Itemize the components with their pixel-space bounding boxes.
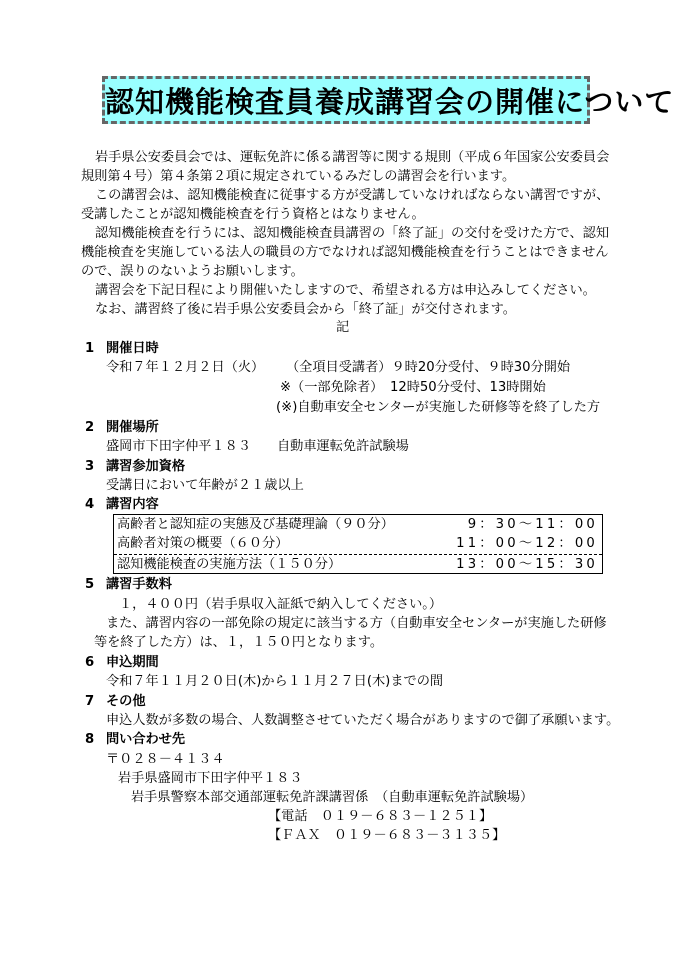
fee-note: また、講習内容の一部免除の規定に該当する方（自動車安全センターが実施した研修 bbox=[106, 615, 607, 633]
eligibility-text: 受講日において年齢が２１歳以上 bbox=[106, 477, 304, 495]
venue-name: 自動車運転免許試験場 bbox=[277, 438, 409, 456]
schedule-row: 高齢者と認知症の実態及び基礎理論（９０分） 9：30～11：00 bbox=[114, 515, 602, 534]
other-text: 申込人数が多数の場合、人数調整させていただく場合がありますので御了承願います。 bbox=[106, 712, 619, 730]
intro-line: 認知機能検査を行うには、認知機能検査員講習の「終了証」の交付を受けた方で、認知 bbox=[95, 225, 609, 243]
event-date: 令和７年１２月２日（火） bbox=[106, 359, 264, 377]
course-name: 高齢者と認知症の実態及び基礎理論（９０分） bbox=[117, 515, 394, 534]
section-number: 5 bbox=[85, 576, 94, 594]
section-heading-fee: 講習手数料 bbox=[106, 576, 172, 594]
intro-line: なお、講習終了後に岩手県公安委員会から「終了証」が交付されます。 bbox=[95, 301, 516, 319]
section-heading-contact: 問い合わせ先 bbox=[106, 731, 185, 749]
section-heading-application: 申込期間 bbox=[106, 654, 159, 672]
intro-line: この講習会は、認知機能検査に従事する方が受講していなければならない講習ですが、 bbox=[95, 187, 609, 205]
section-number: 6 bbox=[85, 654, 94, 672]
section-number: 2 bbox=[85, 419, 94, 437]
intro-line: 講習会を下記日程により開催いたしますので、希望される方は申込みしてください。 bbox=[95, 282, 596, 300]
exempt-note: (※)自動車安全センターが実施した研修等を終了した方 bbox=[276, 399, 600, 417]
contact-department: 岩手県警察本部交通部運転免許課講習係 （自動車運転免許試験場） bbox=[131, 789, 533, 807]
intro-line: ので、誤りのないようお願いします。 bbox=[81, 263, 304, 281]
partial-exempt-time: ※（一部免除者） 12時50分受付、13時開始 bbox=[280, 379, 546, 397]
section-number: 7 bbox=[85, 693, 94, 711]
intro-line: 岩手県公安委員会では、運転免許に係る講習等に関する規則（平成６年国家公安委員会 bbox=[95, 149, 609, 167]
contact-fax: 【ＦＡＸ ０１９－６８３－３１３５】 bbox=[268, 827, 505, 845]
course-time: 11：00～12：00 bbox=[456, 534, 598, 553]
schedule-row: 高齢者対策の概要（６０分） 11：00～12：00 bbox=[114, 534, 602, 553]
contact-address: 岩手県盛岡市下田字仲平１８３ bbox=[118, 770, 303, 788]
fee-note: 等を終了した方）は、１，１５０円となります。 bbox=[94, 634, 383, 652]
section-heading-date: 開催日時 bbox=[106, 340, 159, 358]
title-banner: 認知機能検査員養成講習会の開催について bbox=[102, 76, 590, 124]
course-name: 認知機能検査の実施方法（１５０分） bbox=[117, 555, 341, 574]
application-period: 令和７年１１月２０日(木)から１１月２７日(木)までの間 bbox=[106, 673, 443, 691]
section-heading-other: その他 bbox=[106, 693, 146, 711]
venue-address: 盛岡市下田字仲平１８３ bbox=[106, 438, 251, 456]
course-time: 9：30～11：00 bbox=[468, 515, 598, 534]
fee-amount: １，４００円（岩手県収入証紙で納入してください。） bbox=[119, 596, 442, 614]
section-number: 8 bbox=[85, 731, 94, 749]
section-heading-content: 講習内容 bbox=[106, 496, 159, 514]
document-page: 認知機能検査員養成講習会の開催について 岩手県公安委員会では、運転免許に係る講習… bbox=[0, 0, 690, 976]
page-title: 認知機能検査員養成講習会の開催について bbox=[105, 85, 587, 119]
section-heading-venue: 開催場所 bbox=[106, 419, 159, 437]
course-time: 13：00～15：30 bbox=[456, 555, 598, 574]
course-name: 高齢者対策の概要（６０分） bbox=[117, 534, 288, 553]
section-number: 4 bbox=[85, 496, 94, 514]
schedule-row: 認知機能検査の実施方法（１５０分） 13：00～15：30 bbox=[114, 554, 602, 574]
section-number: 3 bbox=[85, 458, 94, 476]
intro-line: 規則第４号）第４条第２項に規定されているみだしの講習会を行います。 bbox=[81, 168, 515, 186]
section-heading-eligibility: 講習参加資格 bbox=[106, 458, 185, 476]
schedule-table: 高齢者と認知症の実態及び基礎理論（９０分） 9：30～11：00 高齢者対策の概… bbox=[113, 514, 603, 574]
contact-phone: 【電話 ０１９－６８３－１２５１】 bbox=[268, 808, 492, 826]
contact-postal-code: 〒０２８－４１３４ bbox=[106, 751, 225, 769]
intro-line: 機能検査を実施している法人の職員の方でなければ認知機能検査を行うことはできません bbox=[81, 244, 609, 262]
ki-label: 記 bbox=[336, 319, 349, 337]
all-items-time: （全項目受講者）９時20分受付、９時30分開始 bbox=[286, 359, 570, 377]
intro-line: 受講したことが認知機能検査を行う資格とはなりません。 bbox=[81, 206, 425, 224]
section-number: 1 bbox=[85, 340, 94, 358]
